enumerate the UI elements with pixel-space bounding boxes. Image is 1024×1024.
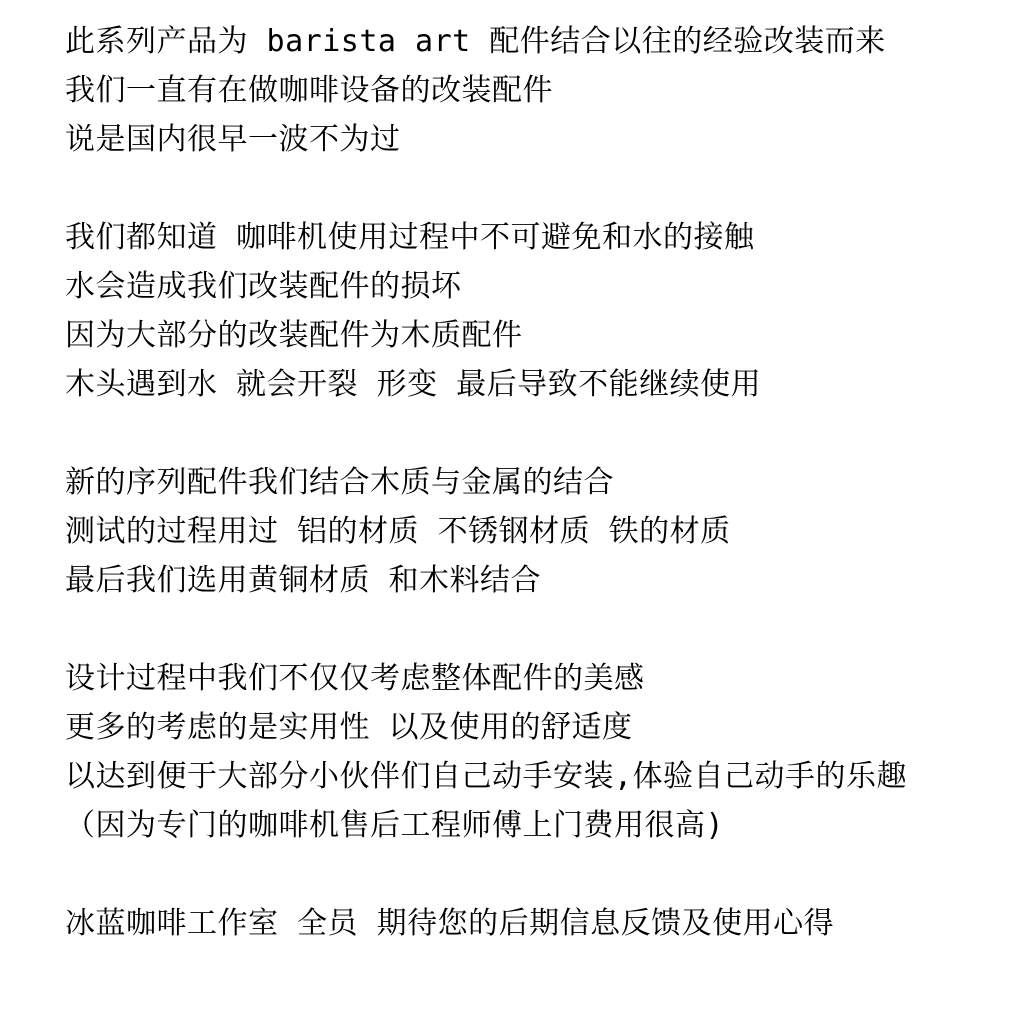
document-body: 此系列产品为 barista art 配件结合以往的经验改装而来 我们一直有在做… [65, 17, 1015, 948]
paragraph-materials: 新的序列配件我们结合木质与金属的结合 测试的过程用过 铝的材质 不锈钢材质 铁的… [65, 458, 1015, 605]
text-line: 我们都知道 咖啡机使用过程中不可避免和水的接触 [65, 213, 1015, 262]
paragraph-spacer [65, 605, 1015, 654]
text-line: 更多的考虑的是实用性 以及使用的舒适度 [65, 703, 1015, 752]
text-line: 此系列产品为 barista art 配件结合以往的经验改装而来 [65, 17, 1015, 66]
text-line: 新的序列配件我们结合木质与金属的结合 [65, 458, 1015, 507]
paragraph-water-damage: 我们都知道 咖啡机使用过程中不可避免和水的接触 水会造成我们改装配件的损坏 因为… [65, 213, 1015, 409]
paragraph-spacer [65, 164, 1015, 213]
text-line: 设计过程中我们不仅仅考虑整体配件的美感 [65, 654, 1015, 703]
text-line: 以达到便于大部分小伙伴们自己动手安装,体验自己动手的乐趣 [65, 752, 1015, 801]
text-line: 木头遇到水 就会开裂 形变 最后导致不能继续使用 [65, 360, 1015, 409]
text-line: 测试的过程用过 铝的材质 不锈钢材质 铁的材质 [65, 507, 1015, 556]
text-line: 冰蓝咖啡工作室 全员 期待您的后期信息反馈及使用心得 [65, 899, 1015, 948]
text-line: 最后我们选用黄铜材质 和木料结合 [65, 556, 1015, 605]
text-line: 水会造成我们改装配件的损坏 [65, 262, 1015, 311]
paragraph-spacer [65, 850, 1015, 899]
text-line: 因为大部分的改装配件为木质配件 [65, 311, 1015, 360]
paragraph-spacer [65, 409, 1015, 458]
paragraph-signoff: 冰蓝咖啡工作室 全员 期待您的后期信息反馈及使用心得 [65, 899, 1015, 948]
paragraph-design: 设计过程中我们不仅仅考虑整体配件的美感 更多的考虑的是实用性 以及使用的舒适度 … [65, 654, 1015, 850]
text-line: 我们一直有在做咖啡设备的改装配件 [65, 66, 1015, 115]
text-line: 说是国内很早一波不为过 [65, 115, 1015, 164]
paragraph-intro: 此系列产品为 barista art 配件结合以往的经验改装而来 我们一直有在做… [65, 17, 1015, 164]
text-line: （因为专门的咖啡机售后工程师傅上门费用很高) [65, 801, 1015, 850]
